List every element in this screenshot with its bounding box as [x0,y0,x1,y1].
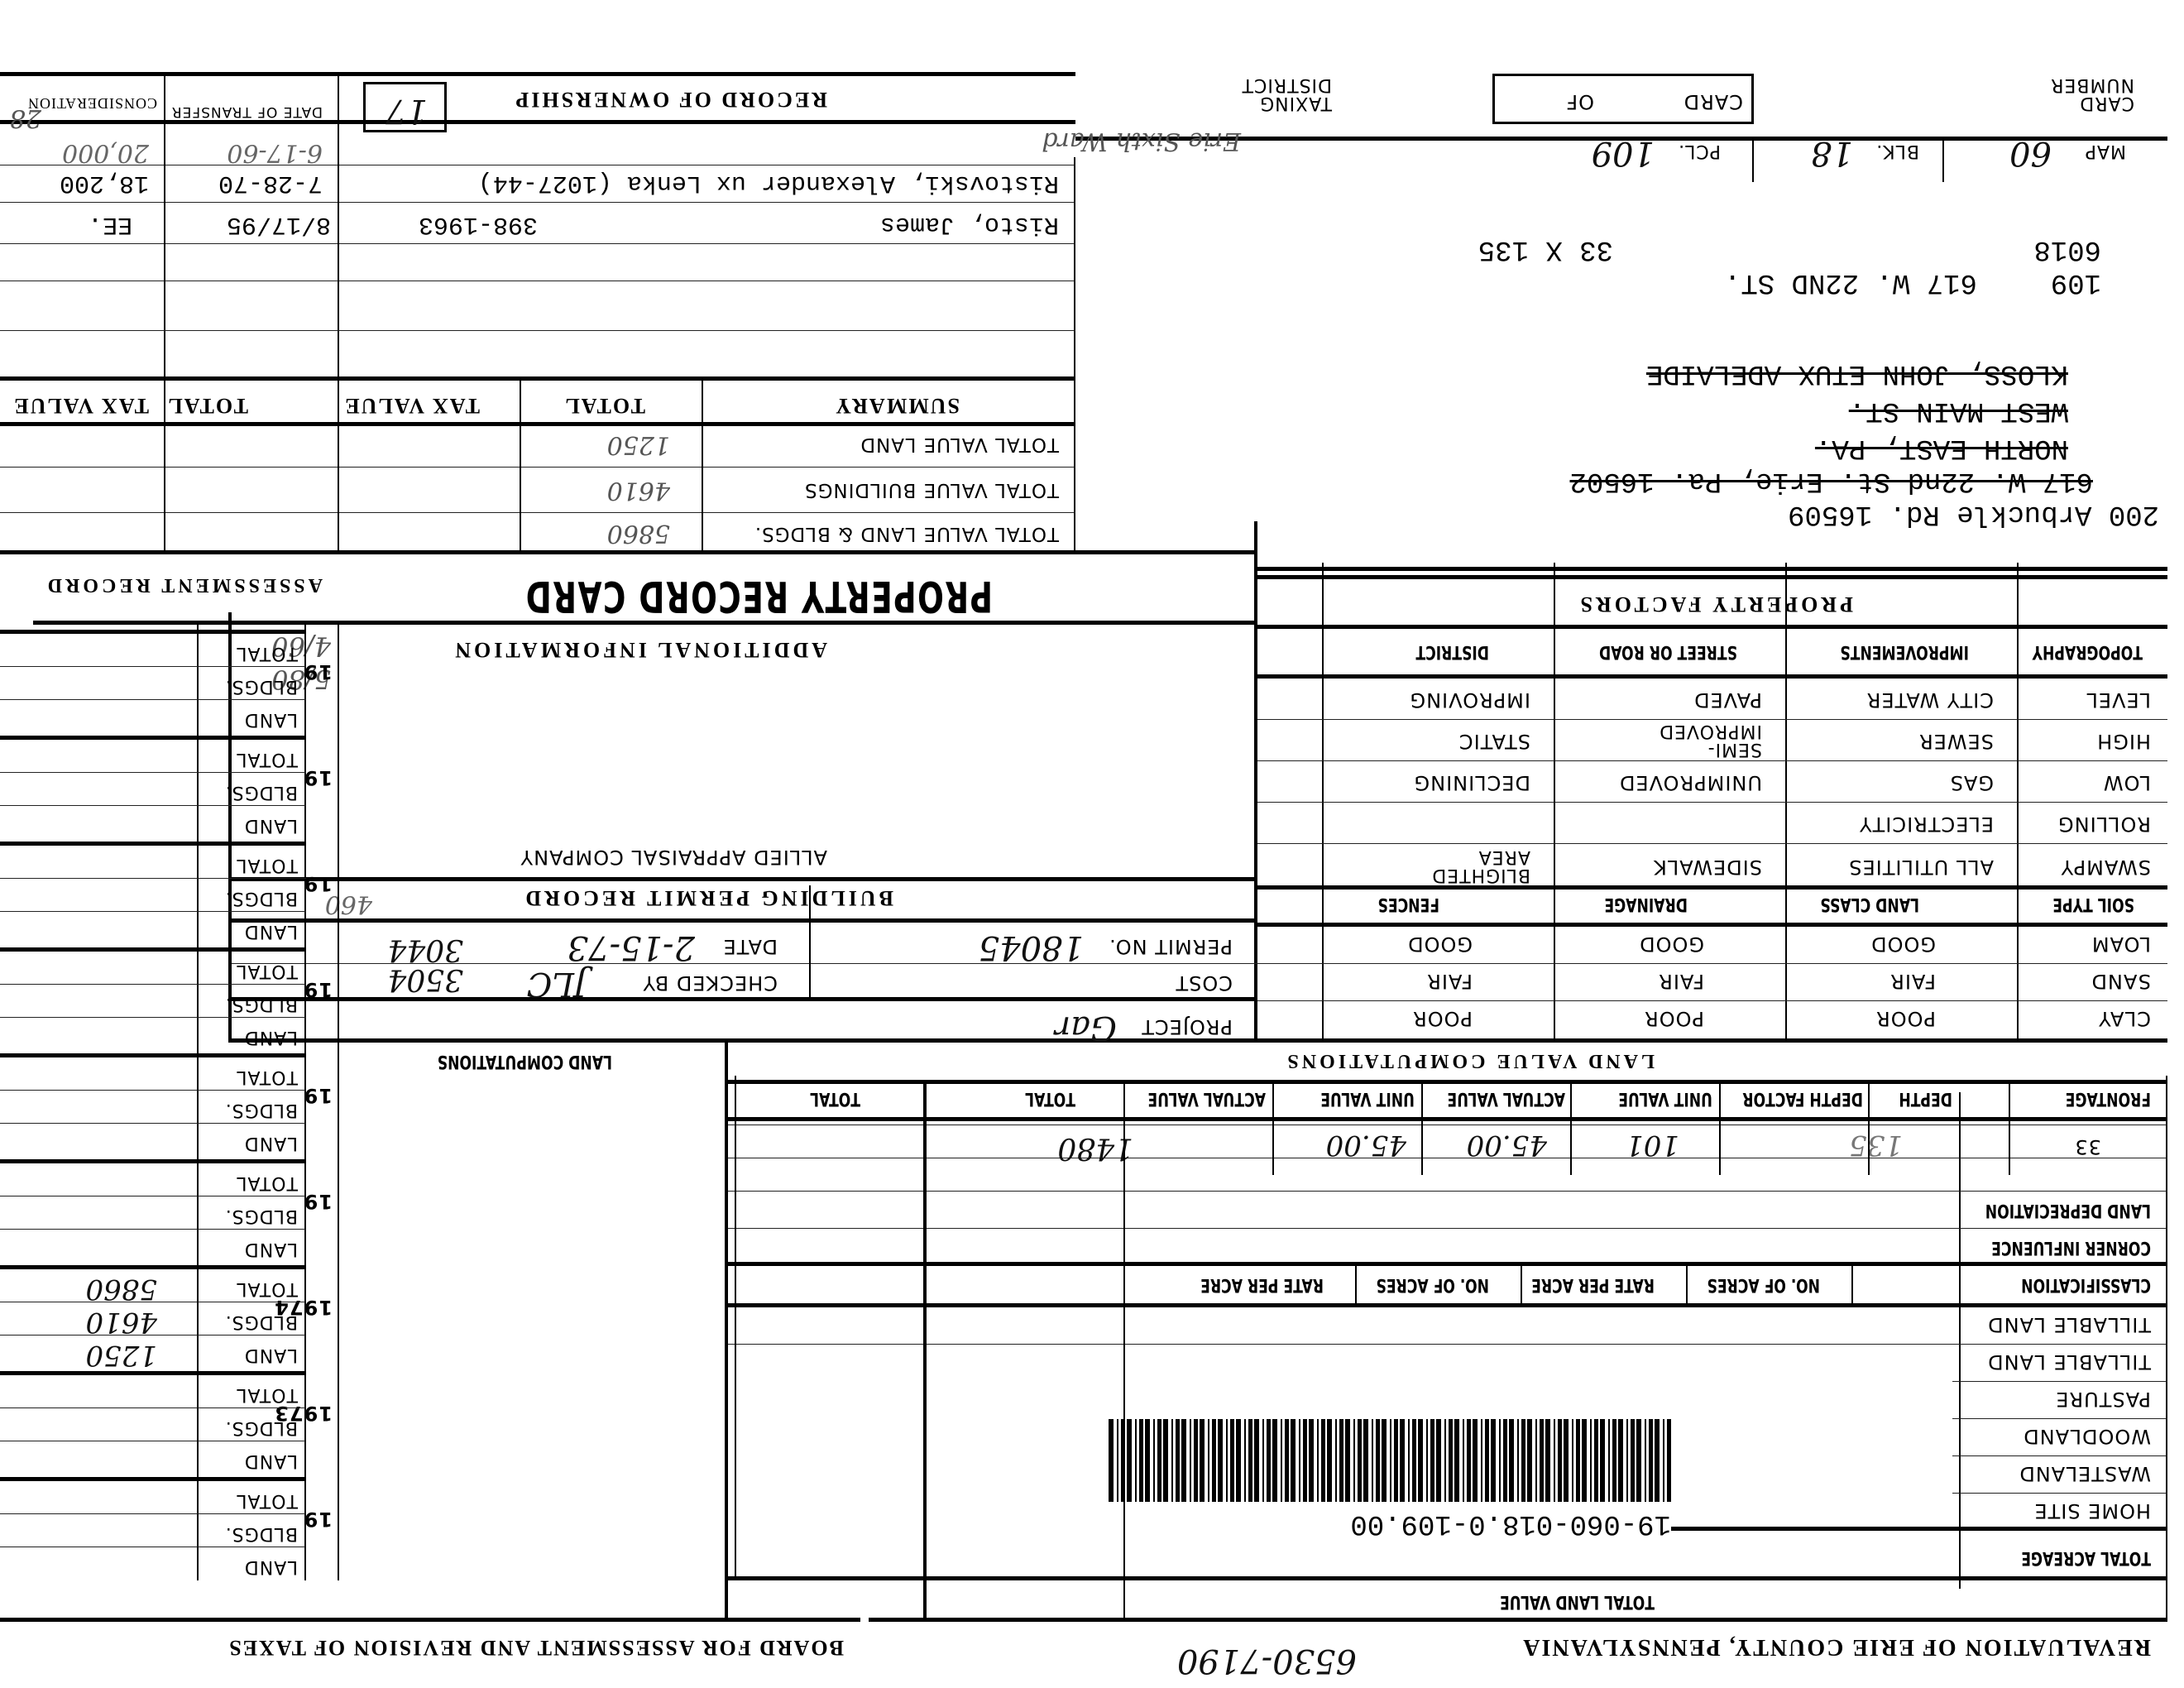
fences-header: FENCES [1378,894,1439,914]
taxing-district-label: TAXING DISTRICT [1241,75,1332,112]
pcl-value: 109 [1592,134,1655,172]
assessment-row-label: LAND [244,709,298,730]
assessment-row-label: BLDGS. [225,1206,298,1226]
topography-option: LEVEL [2086,688,2152,712]
assessment-row-label: LAND [244,1345,298,1365]
land-class-option: FAIR [1889,970,1936,993]
card-of-box: CARD OF [1492,74,1754,124]
handwritten-ref: 6530-7190 [1177,1642,1357,1680]
assessment-total: 5860 [85,1273,157,1306]
deed-reference: 398-1963 [419,210,538,238]
permit-no-value: 18045 [979,928,1084,966]
former-address: NORTH EAST, PA. [1815,432,2068,463]
transfer-date: 6-17-60 [227,138,323,167]
summary-col-tax-value: TAX VALUE [12,393,149,418]
land-class-option: POOR [1875,1007,1936,1030]
former-address: WEST MAIN ST. [1849,395,2068,426]
taxing-district-value: Erie Sixth Ward [1042,127,1241,156]
summary-col-tax-value: TAX VALUE [343,393,480,418]
drainage-option: POOR [1644,1007,1704,1030]
improvement-option: GAS [1950,771,1994,794]
assessment-row-label: LAND [244,1556,298,1577]
acreage-row-label: TOTAL ACREAGE [2021,1547,2151,1568]
assessment-row-label: LAND [244,921,298,942]
card-title: PROPERTY RECORD CARD [524,571,993,621]
assessment-land: 1250 [85,1339,157,1372]
summary-row-label: TOTAL VALUE BUILDINGS [804,479,1059,501]
assessment-record-title: ASSESSMENT RECORD [45,573,323,596]
assessment-row-label: TOTAL [236,749,298,770]
assessment-bldgs: 4610 [85,1306,157,1339]
of-label: OF [1565,90,1594,113]
unit-value-header: UNIT VALUE [1320,1088,1415,1109]
fences-option: FAIR [1426,970,1473,993]
transfer-date: 7-28-70 [218,169,323,197]
land-class-header: LAND CLASS [1820,894,1919,914]
assessment-row-label: BLDGS. [225,994,298,1014]
cost-label: COST [1175,971,1233,995]
assessment-row-label: BLDGS. [225,1100,298,1120]
consideration: 18,200 [60,169,149,197]
assessment-row-label: LAND [244,815,298,836]
depth-factor-header: DEPTH FACTOR [1742,1088,1863,1109]
assessment-year: 19 [304,660,333,683]
assessment-year: 19 [304,872,333,895]
summary-col-total: TOTAL [166,393,248,418]
acreage-row-label: WASTELAND [2019,1462,2151,1485]
no-of-acres-header: NO. OF ACRES [1707,1274,1820,1295]
street-option: PAVED [1693,688,1762,712]
permit-date-value: 2-15-73 [568,928,695,966]
improvement-option: CITY WATER [1866,688,1994,712]
no-of-acres-header: NO. OF ACRES [1376,1274,1489,1295]
permit-side-note: 3504 [387,962,463,996]
parcel-id-text: 19-060-018.0-109.00 [1350,1508,1671,1539]
topography-option: SWAMPY [2061,856,2151,879]
assessment-row-label: TOTAL [236,1172,298,1193]
rate-per-acre-header: RATE PER ACRE [1531,1274,1655,1295]
map-value: 60 [2009,134,2052,172]
consideration: EE. [88,210,132,238]
property-factors-title: PROPERTY FACTORS [1578,592,1853,616]
assessment-row-label: BLDGS. [225,1523,298,1544]
classification-header: CLASSIFICATION [2021,1274,2151,1295]
checked-by-label: CHECKED BY [642,971,778,995]
topography-option: ROLLING [2057,813,2151,836]
assessment-year: 19 [304,978,333,1001]
permit-side-note: 3044 [387,933,463,966]
acreage-row-label: WOODLAND [2023,1425,2151,1448]
former-owner: KLOSS, JOHN ETUX ADELAIDE [1646,357,2068,389]
unit-value: 45.00 [1467,1129,1547,1162]
acreage-row-label: TILLABLE LAND [1987,1350,2151,1374]
district-option: IMPROVING [1410,688,1530,712]
district-option: BLIGHTED AREA [1415,847,1530,884]
pcl-label: PCL. [1678,141,1721,161]
unit-value-header: UNIT VALUE [1618,1088,1712,1109]
acreage-row-label: TILLABLE LAND [1987,1313,2151,1336]
improvement-option: SEWER [1918,730,1994,753]
assessment-row-label: LAND [244,1133,298,1153]
land-computations-title: LAND COMPUTATIONS [438,1051,612,1072]
blk-label: BLK. [1875,141,1919,161]
additional-info-title: ADDITIONAL INFORMATION [452,637,827,662]
land-class-option: GOOD [1870,933,1936,956]
corner-note: 28 [10,103,41,132]
frontage-value: 33 [2074,1135,2101,1158]
depth-factor-value: 101 [1626,1129,1679,1162]
acreage-row-label: PASTURE [2055,1388,2151,1411]
fences-option: POOR [1412,1007,1473,1030]
total-land-value-label: TOTAL LAND VALUE [1500,1591,1655,1612]
parcel-number: 109 [2051,266,2101,298]
county-title: REVALUATION OF ERIE COUNTY, PENNSYLVANIA [1521,1633,2151,1660]
drainage-header: DRAINAGE [1604,894,1688,914]
land-value-computations-title: LAND VALUE COMPUTATIONS [1284,1049,1655,1072]
owner-name: Risto, James [880,210,1059,238]
assessment-year: 19 [304,1084,333,1107]
barcode [1109,1419,1671,1502]
blk-value: 18 [1811,134,1853,172]
street-option: UNIMPROVED [1619,771,1762,794]
drainage-option: FAIR [1658,970,1704,993]
summary-total: 4610 [607,476,670,505]
project-label: PROJECT [1141,1015,1233,1038]
assessment-year: 1974 [274,1296,333,1319]
lot-dimensions: 33 X 135 [1478,233,1613,265]
property-address: 617 W. 22ND ST. [1724,266,1977,298]
consideration: 20,000 [62,138,149,167]
date-label: DATE [723,935,778,958]
soil-type-option: SAND [2091,970,2151,993]
assessment-row-label: BLDGS. [225,782,298,803]
actual-value-header: ACTUAL VALUE [1447,1088,1565,1109]
map-label: MAP [2085,141,2126,161]
depth-value: 135 [1849,1129,1903,1162]
corner-influence-label: CORNER INFLUENCE [1991,1237,2151,1258]
project-value: Gar [1055,1009,1117,1047]
improvement-option: ELECTRICITY [1859,813,1994,836]
assessment-year: 19 [304,766,333,789]
assessment-row-label: LAND [244,1239,298,1259]
topography-option: LOW [2103,771,2151,794]
summary-col-total: TOTAL [563,393,645,418]
property-code: 6018 [2033,233,2101,265]
topography-header: TOPOGRAPHY [2033,641,2143,662]
soil-type-option: LOAM [2091,933,2151,956]
land-total-value: 1480 [1057,1131,1133,1165]
assessment-row-label: TOTAL [236,1067,298,1087]
current-address: 200 Arbuckle Rd. 16509 [1788,498,2159,530]
assessment-year: 1973 [274,1402,333,1425]
card-label: CARD [1683,90,1743,113]
summary-row-label: TOTAL VALUE LAND [860,434,1059,455]
assessment-row-label: BLDGS. [225,888,298,909]
actual-value: 45.00 [1326,1129,1406,1162]
soil-type-option: CLAY [2098,1007,2151,1030]
former-address: 617 W. 22nd St. Erie, Pa. 16502 [1569,465,2093,496]
owner-name: Ristovski, Alexander ux Lenka (1027-44) [478,169,1059,197]
summary-total: 1250 [607,430,670,459]
property-record-card: REVALUATION OF ERIE COUNTY, PENNSYLVANIA… [0,0,2184,1688]
consideration-header: CONSIDERATION [27,94,157,112]
assessment-row-label: TOTAL [236,1490,298,1511]
street-or-road-header: STREET OR ROAD [1599,641,1737,662]
building-permit-title: BUILDING PERMIT RECORD [522,885,893,910]
assessment-row-label: LAND [244,1027,298,1048]
assessment-row-label: TOTAL [236,643,298,664]
total-header: TOTAL [1025,1088,1075,1109]
improvements-header: IMPROVEMENTS [1840,641,1969,662]
depth-header: DEPTH [1899,1088,1952,1109]
actual-value-header: ACTUAL VALUE [1147,1088,1266,1109]
improvement-option: ALL UTILITIES [1848,856,1994,879]
summary-row-label: TOTAL VALUE LAND & BLDGS. [754,523,1059,544]
assessment-row-label: TOTAL [236,961,298,981]
drainage-option: GOOD [1639,933,1704,956]
street-option: SEMI-IMPROVED [1646,722,1762,758]
district-option: DECLINING [1414,771,1530,794]
frontage-header: FRONTAGE [2066,1088,2151,1109]
assessment-row-label: BLDGS. [225,676,298,697]
soil-type-header: SOIL TYPE [2052,894,2134,914]
land-depreciation-label: LAND DEPRECIATION [1985,1200,2151,1220]
date-of-transfer-header: DATE OF TRANSFER [171,103,323,120]
street-option: SIDEWALK [1653,856,1762,879]
acreage-row-label: HOME SITE [2033,1499,2151,1523]
assessment-year: 19 [304,1508,333,1531]
rate-per-acre-header: RATE PER ACRE [1200,1274,1324,1295]
card-number-label: CARD NUMBER [2052,75,2134,112]
district-header: DISTRICT [1415,641,1489,662]
board-title: BOARD FOR ASSESSMENT AND REVISION OF TAX… [227,1635,844,1660]
transfer-date: 8/17/95 [227,210,331,238]
total-header: TOTAL [810,1088,860,1109]
assessment-year: 19 [304,1190,333,1213]
assessment-row-label: LAND [244,1451,298,1471]
district-option: STATIC [1458,730,1530,753]
fences-option: GOOD [1407,933,1473,956]
permit-no-label: PERMIT NO. [1109,935,1233,958]
appraisal-company: ALLIED APPRAISAL COMPANY [520,846,828,869]
assessment-row-label: TOTAL [236,855,298,875]
ownership-title: RECORD OF OWNERSHIP [513,87,827,112]
summary-total: 5860 [607,519,670,548]
topography-option: HIGH [2096,730,2151,753]
box-number: 17 [363,82,447,132]
summary-title: SUMMARY [834,393,960,418]
checked-by-value: JLC [527,965,587,1003]
